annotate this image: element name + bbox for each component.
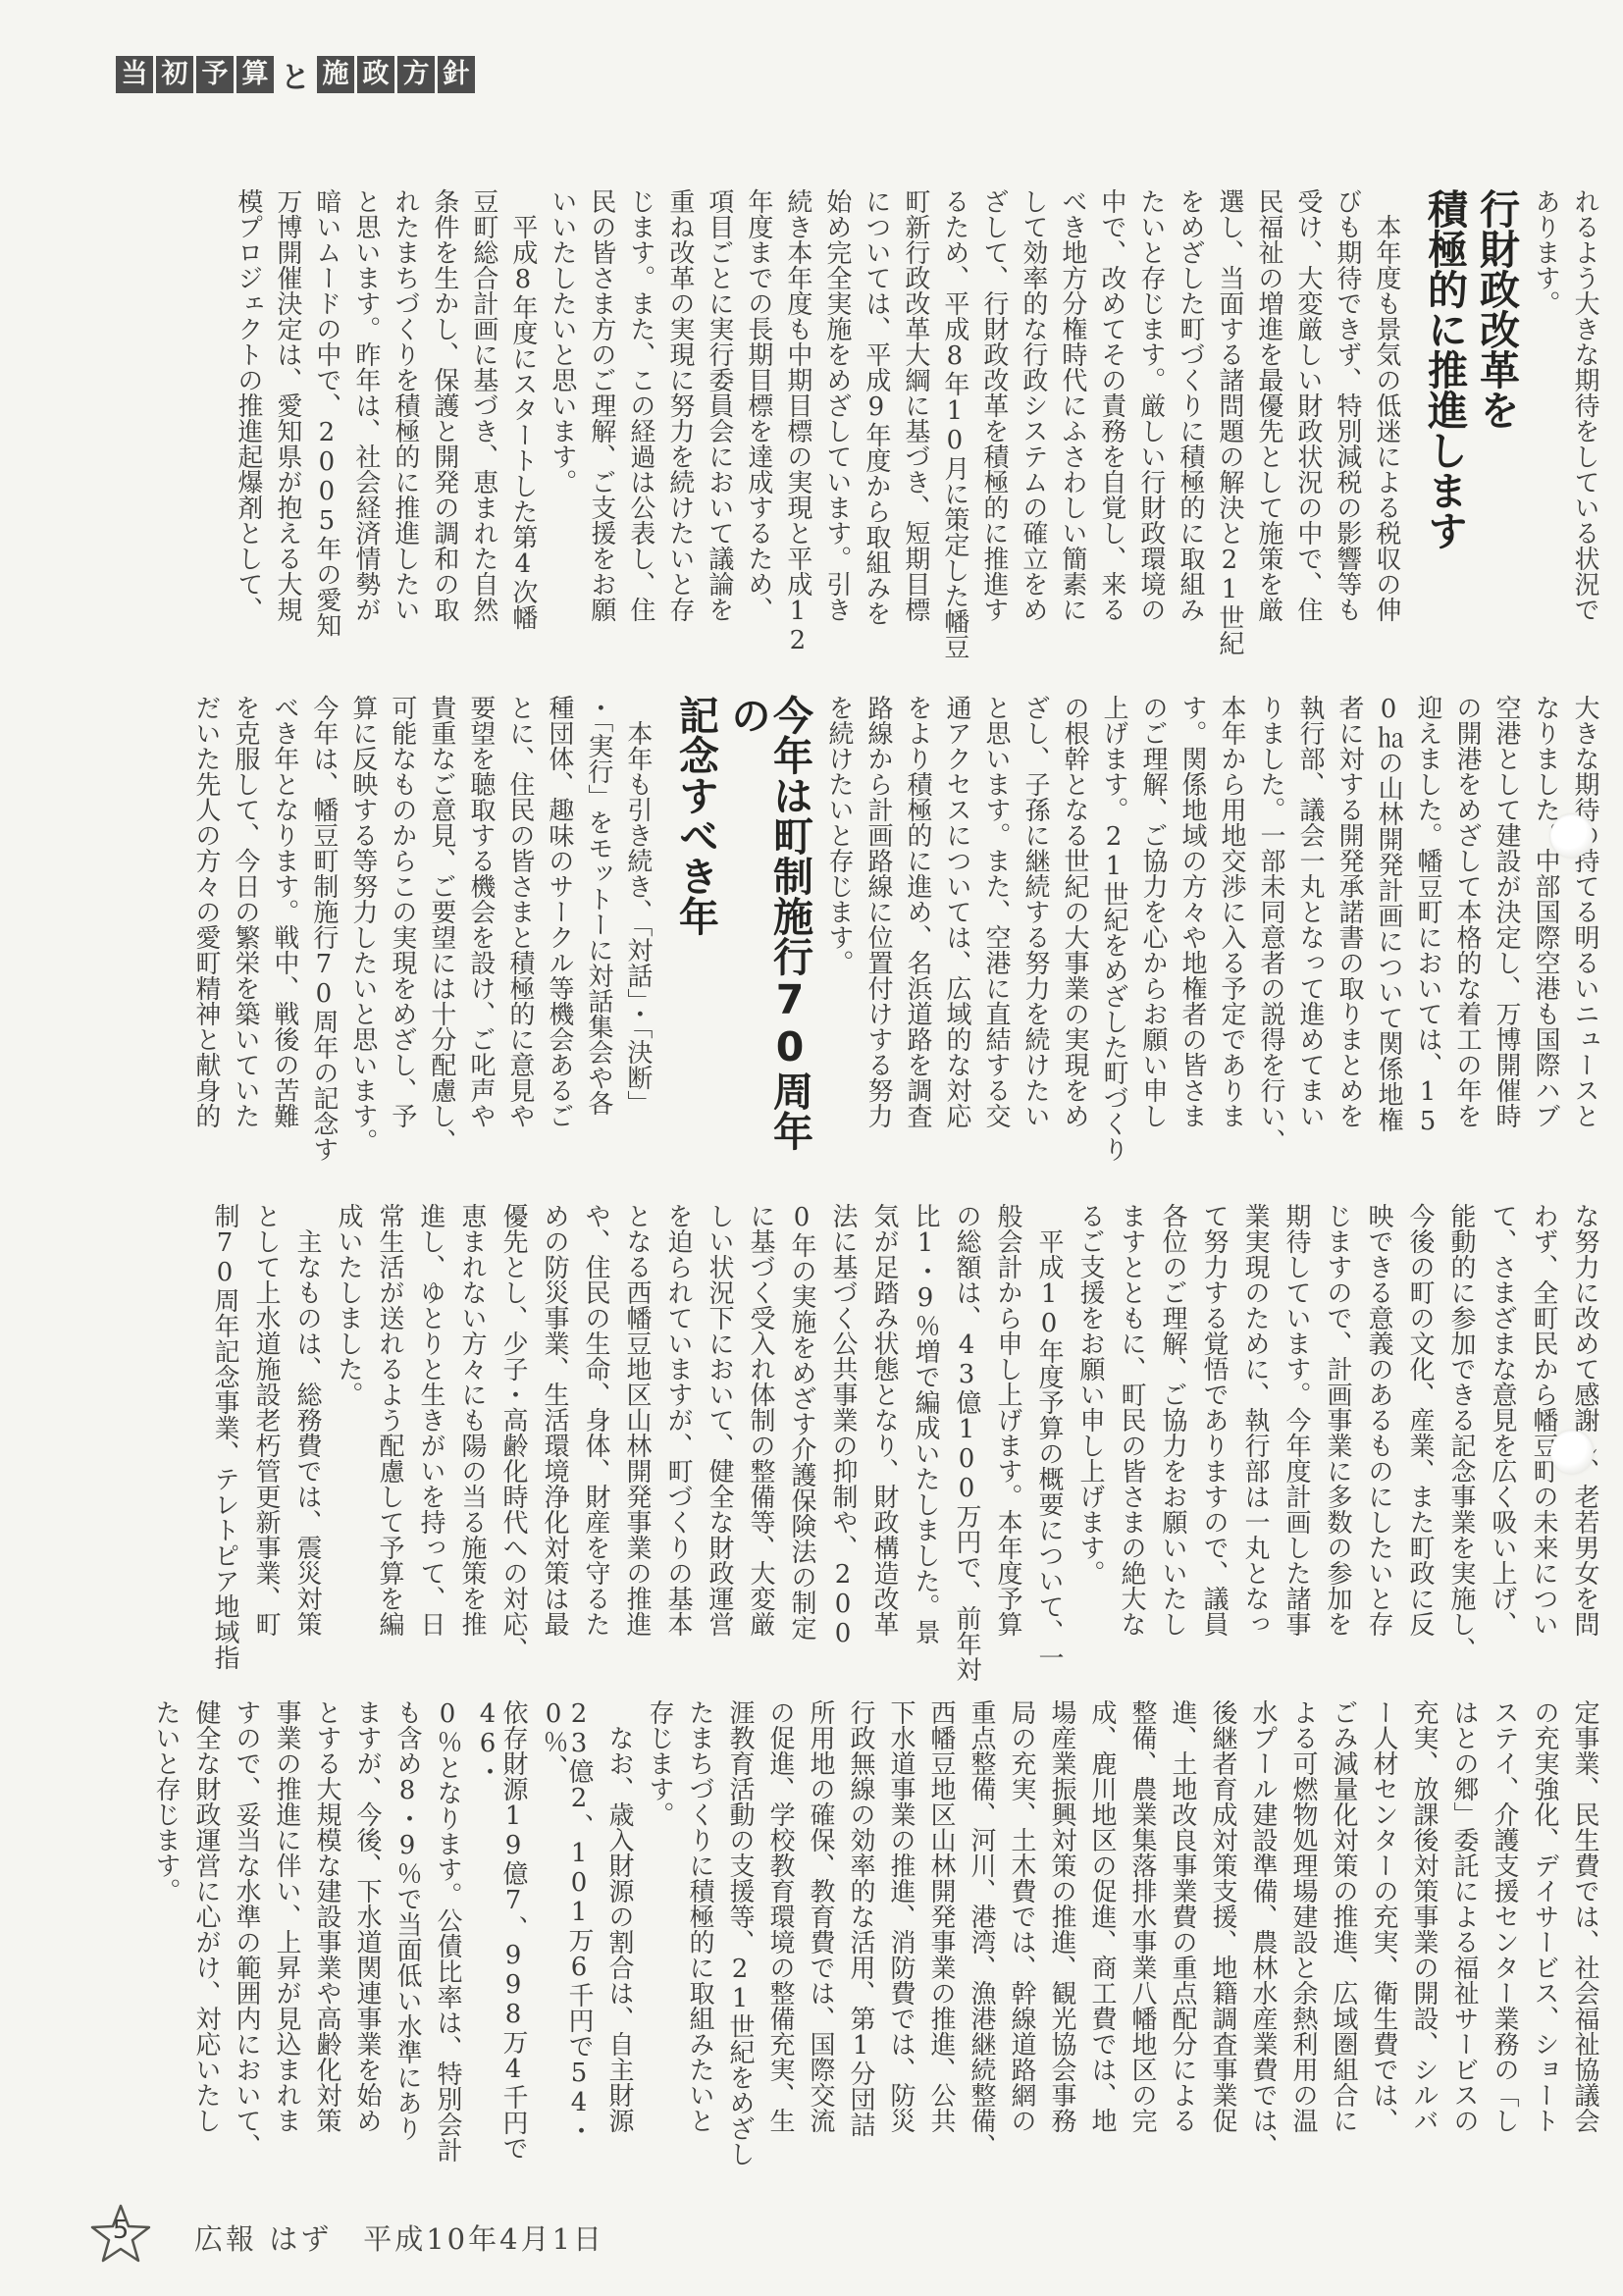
text-column: の開港をめざして本格的な着工の年を — [1454, 695, 1480, 1181]
text-column: 所用地の確保、教育費では、国際交流 — [808, 1699, 833, 2195]
header-box-char: 当 — [116, 56, 153, 93]
text-column: ますが、今後、下水道関連事業を始め — [354, 1699, 380, 2195]
text-column: て努力する覚悟でありますので、議員 — [1201, 1203, 1227, 1694]
text-column: 進、土地改良事業費の重点配分による — [1170, 1699, 1195, 2195]
issue-title-date: 広報 はず 平成10年4月1日 — [194, 2218, 604, 2258]
text-column: 年度までの長期目標を達成するため、 — [746, 188, 771, 675]
text-column: 民福祉の増進を最優先として施策を厳 — [1256, 188, 1282, 675]
text-column: ステイ、介護支援センター業務の「し — [1492, 1699, 1517, 2195]
text-column: 能動的に参加できる記念事業を実施し、 — [1448, 1203, 1474, 1694]
text-column: 西幡豆地区山林開発事業の推進、公共 — [928, 1699, 954, 2195]
text-column: 映できる意義のあるものにしたいと存 — [1366, 1203, 1391, 1694]
text-column: 局の充実、土木費では、幹線道路網の — [1009, 1699, 1034, 2195]
text-column: 比1・9％増で編成いたしました。景 — [913, 1203, 938, 1694]
headline-line: 積極的に推進します — [1423, 188, 1465, 675]
text-column: るため、平成8年10月に策定した幡豆 — [942, 188, 968, 675]
text-column: 要望を聴取する機会を設け、ご叱声や — [468, 695, 494, 1181]
article-band-1: れるよう大きな期待をしている状況であります。 行財政改革を 積極的に推進します … — [141, 188, 1597, 675]
text-column: 主なものは、総務費では、震災対策 — [294, 1203, 320, 1694]
text-column: 後継者育成対策支援、地籍調査事業促 — [1210, 1699, 1235, 2195]
text-column: の充実強化、デイサービス、ショート — [1532, 1699, 1557, 2195]
text-column: 気が足踏み状態となり、財政構造改革 — [871, 1203, 897, 1694]
text-column: あります。 — [1533, 188, 1558, 675]
text-column: 0％となります。公債比率は、特別会計 — [435, 1699, 460, 2195]
text-column: を続けたいと存じます。 — [826, 695, 852, 1181]
text-column: 重点整備、河川、港湾、漁港継続整備、 — [969, 1699, 994, 2195]
text-column: 制70周年記念事業、テレトピア地域指 — [212, 1203, 237, 1694]
text-column: ・「実行」をモットーに対話集会や各 — [586, 695, 611, 1181]
text-column: なお、歳入財源の割合は、自主財源 — [606, 1699, 632, 2195]
article-band-3: な努力に改めて感謝し、老若男女を問わず、全町民から幡豆町の未来について、さまざま… — [141, 1203, 1597, 1694]
text-column: 上げます。21世紀をめざした町づくり — [1101, 695, 1126, 1181]
text-column: 条件を生かし、保護と開発の調和の取 — [432, 188, 457, 675]
text-column: 恵まれない方々にも陽の当る施策を推 — [459, 1203, 485, 1694]
text-column: 行政無線の効率的な活用、第1分団詰 — [848, 1699, 873, 2195]
text-column: 本年度も景気の低迷による税収の伸 — [1374, 188, 1399, 675]
text-column: ごみ減量化対策の推進、広域圏組合に — [1331, 1699, 1356, 2195]
text-column: や、住民の生命、身体、財産を守るた — [583, 1203, 608, 1694]
scanned-newsletter-page: 当初予算 と 施政方針 れるよう大きな期待をしている状況であります。 行財政改革… — [0, 0, 1623, 2296]
header-connector: と — [277, 53, 314, 96]
text-column: 法に基づく公共事業の抑制や、200 — [830, 1203, 856, 1694]
text-column: 重ね改革の実現に努力を続けたいと存 — [667, 188, 693, 675]
text-column: 万博開催決定は、愛知県が抱える大規 — [275, 188, 300, 675]
header-box-char: 初 — [156, 56, 193, 93]
text-column: の根幹となる世紀の大事業の実現をめ — [1062, 695, 1087, 1181]
text-column: 依存財源19億7、998万4千円で46・ — [475, 1699, 526, 2195]
text-column: 路線から計画路線に位置付けする努力 — [865, 695, 891, 1181]
text-column: 始め完全実施をめざしています。引き — [824, 188, 850, 675]
text-column: として上水道施設老朽管更新事業、町 — [253, 1203, 279, 1694]
text-column: のご理解、ご協力を心からお願い申し — [1140, 695, 1166, 1181]
text-column: 優先とし、少子・高齢化時代への対応、 — [500, 1203, 526, 1694]
text-column: るご支援をお願い申し上げます。 — [1077, 1203, 1103, 1694]
text-column: ざして、行財政改革を積極的に推進す — [981, 188, 1007, 675]
text-column: 選し、当面する諸問題の解決と21世紀 — [1217, 188, 1242, 675]
scan-edge-shadow — [0, 0, 33, 2296]
page-number: 5 — [90, 2216, 151, 2245]
text-column: 中で、改めてその責務を自覚し、来る — [1099, 188, 1125, 675]
article-band-2: 大きな期待の持てる明るいニュースとなりました。中部国際空港も国際ハブ空港として建… — [141, 695, 1597, 1181]
text-column: だいた先人の方々の愛町精神と献身的 — [193, 695, 219, 1181]
text-column: と思います。昨年は、社会経済情勢が — [353, 188, 379, 675]
text-column: も含め8・9％で当面低い水準にあり — [394, 1699, 420, 2195]
text-column: とする大規模な建設事業や高齢化対策 — [314, 1699, 340, 2195]
text-column: 水プール建設準備、農林水産業費では、 — [1250, 1699, 1276, 2195]
text-column: よる可燃物処理場建設と余熱利用の温 — [1290, 1699, 1316, 2195]
header-box-char: 施 — [317, 56, 354, 93]
text-column: びも期待できず、特別減税の影響等も — [1335, 188, 1360, 675]
text-column: 民の皆さま方のご理解、ご支援をお願 — [589, 188, 614, 675]
text-column: 常生活が送れるよう配慮して予算を編 — [377, 1203, 402, 1694]
text-column: 執行部、議会一丸となって進めてまい — [1297, 695, 1323, 1181]
text-column: はとの郷」委託による福祉サービスの — [1451, 1699, 1477, 2195]
headline-70th-anniversary: 今年は町制施行70周年の 記念すべき年 — [674, 695, 811, 1181]
text-column: の総額は、43億100万円で、前年対 — [954, 1203, 979, 1694]
text-column: す。関係地域の方々や地権者の皆さま — [1179, 695, 1205, 1181]
text-column: をより積極的に進め、名浜道路を調査 — [905, 695, 930, 1181]
text-column: 大きな期待の持てる明るいニュースと — [1572, 695, 1597, 1181]
text-column: 0年の実施をめざす介護保険法の制定 — [789, 1203, 814, 1694]
text-column: に基づく受入れ体制の整備等、大変厳 — [748, 1203, 773, 1694]
text-column: すので、妥当な水準の範囲内において、 — [234, 1699, 259, 2195]
section-header: 当初予算 と 施政方針 — [116, 53, 475, 96]
text-column: と思います。また、空港に直結する交 — [983, 695, 1009, 1181]
text-column: しい状況下において、健全な財政運営 — [707, 1203, 732, 1694]
text-column: 場産業振興対策の推進、観光協会事務 — [1049, 1699, 1074, 2195]
headline-line: 行財政改革を — [1475, 188, 1517, 675]
punch-hole — [1550, 1431, 1594, 1474]
text-column: 健全な財政運営に心がけ、対応いたし — [193, 1699, 219, 2195]
text-column: 整備、農業集落排水事業八幡地区の完 — [1129, 1699, 1155, 2195]
text-column: については、平成9年度から取組みを — [864, 188, 889, 675]
text-column: れたまちづくりを積極的に推進したい — [393, 188, 418, 675]
text-column: 種団体、趣味のサークル等機会あるご — [547, 695, 572, 1181]
text-column: 町新行政改革大綱に基づき、短期目標 — [903, 188, 928, 675]
header-box-char: 方 — [397, 56, 435, 93]
text-column: たいと存じます。 — [153, 1699, 179, 2195]
text-column: 模プロジェクトの推進起爆剤として、 — [236, 188, 261, 675]
text-column: 可能なものからこの実現をめざし、予 — [390, 695, 415, 1181]
text-column: 者に対する開発承諾書の取りまとめを — [1336, 695, 1362, 1181]
header-box-char: 予 — [196, 56, 234, 93]
text-column: 項目ごとに実行委員会において議論を — [707, 188, 732, 675]
text-column: 今年は、幡豆町制施行70周年の記念す — [311, 695, 337, 1181]
headline-fiscal-reform: 行財政改革を 積極的に推進します — [1423, 188, 1517, 675]
text-column: りました。一部未同意者の説得を行い、 — [1258, 695, 1283, 1181]
text-column: 空港として建設が決定し、万博開催時 — [1493, 695, 1519, 1181]
punch-hole — [1550, 814, 1594, 858]
text-column: 本年も引き続き、「対話」・「決断」 — [625, 695, 651, 1181]
text-column: して効率的な行政システムの確立をめ — [1021, 188, 1046, 675]
text-column: 受け、大変厳しい財政状況の中で、住 — [1295, 188, 1321, 675]
article-band-4: 定事業、民生費では、社会福祉協議会の充実強化、デイサービス、ショートステイ、介護… — [141, 1699, 1597, 2195]
headline-line: 記念すべき年 — [674, 695, 716, 1181]
text-column: 事業の推進に伴い、上昇が見込まれま — [274, 1699, 299, 2195]
text-column: 進し、ゆとりと生きがいを持って、日 — [418, 1203, 444, 1694]
text-column: 充実、放課後対策事業の開設、シルバ — [1411, 1699, 1437, 2195]
text-column: 豆町総合計画に基づき、恵まれた自然 — [471, 188, 497, 675]
text-column: 平成8年度にスタートした第4次幡 — [510, 188, 536, 675]
text-column: 迎えました。幡豆町においては、15 — [1415, 695, 1440, 1181]
text-column: とに、住民の皆さまと積極的に意見や — [507, 695, 533, 1181]
text-column: べき地方分権時代にふさわしい簡素に — [1060, 188, 1085, 675]
text-column: 算に反映する等努力したいと思います。 — [350, 695, 376, 1181]
text-column: をめざした町づくりに積極的に取組み — [1178, 188, 1203, 675]
text-column: 成いたしました。 — [336, 1203, 361, 1694]
text-column: 暗いムードの中で、2005年の愛知 — [314, 188, 340, 675]
text-column: 業実現のために、執行部は一丸となっ — [1242, 1203, 1268, 1694]
text-column: 今後の町の文化、産業、また町政に反 — [1407, 1203, 1433, 1694]
text-column: めの防災事業、生活環境浄化対策は最 — [542, 1203, 567, 1694]
text-column: 平成10年度予算の概要について、一 — [1036, 1203, 1062, 1694]
text-column: れるよう大きな期待をしている状況で — [1572, 188, 1597, 675]
text-column: を迫られていますが、町づくりの基本 — [665, 1203, 691, 1694]
page-footer: 5 広報 はず 平成10年4月1日 — [90, 2202, 604, 2272]
text-column: ざし、子孫に継続する努力を続けたい — [1022, 695, 1048, 1181]
text-column: 23億2、101万6千円で54・0％、 — [541, 1699, 592, 2195]
text-column: 続き本年度も中期目標の実現と平成12 — [785, 188, 811, 675]
text-column: 存じます。 — [647, 1699, 672, 2195]
page-number-star: 5 — [90, 2202, 151, 2272]
text-column: 期待しています。今年度計画した諸事 — [1283, 1203, 1309, 1694]
text-column: て、さまざまな意見を広く吸い上げ、 — [1490, 1203, 1515, 1694]
header-boxed-group-1: 当初予算 — [116, 56, 274, 93]
text-column: ー人材センターの充実、衛生費では、 — [1371, 1699, 1396, 2195]
text-column: じますので、計画事業に多数の参加を — [1325, 1203, 1350, 1694]
text-column: を克服して、今日の繁栄を築いていた — [233, 695, 258, 1181]
header-box-char: 針 — [438, 56, 475, 93]
text-column: いいたしたいと思います。 — [550, 188, 575, 675]
text-column: じます。また、この経過は公表し、住 — [628, 188, 654, 675]
text-column: べき年となります。戦中、戦後の苦難 — [272, 695, 297, 1181]
text-column: 各位のご理解、ご協力をお願いいたし — [1160, 1203, 1185, 1694]
text-column: なりました。中部国際空港も国際ハブ — [1533, 695, 1558, 1181]
text-column: 下水道事業の推進、消防費では、防災 — [888, 1699, 914, 2195]
text-column: たまちづくりに積極的に取組みたいと — [687, 1699, 712, 2195]
text-column: 成、鹿川地区の促進、商工費では、地 — [1089, 1699, 1115, 2195]
text-column: 涯教育活動の支援等、21世紀をめざし — [727, 1699, 753, 2195]
header-boxed-group-2: 施政方針 — [317, 56, 475, 93]
text-column: となる西幡豆地区山林開発事業の推進 — [624, 1203, 650, 1694]
header-box-char: 政 — [357, 56, 394, 93]
header-box-char: 算 — [236, 56, 274, 93]
text-column: 本年から用地交渉に入る予定でありま — [1219, 695, 1244, 1181]
text-column: たいと存じます。厳しい行財政環境の — [1138, 188, 1164, 675]
text-column: ますとともに、町民の皆さまの絶大な — [1119, 1203, 1144, 1694]
headline-line: 今年は町制施行70周年の — [726, 695, 811, 1181]
text-column: 定事業、民生費では、社会福祉協議会 — [1572, 1699, 1597, 2195]
text-column: の促進、学校教育環境の整備充実、生 — [767, 1699, 793, 2195]
text-column: 貴重なご意見、ご要望には十分配慮し、 — [429, 695, 454, 1181]
text-column: 般会計から申し上げます。本年度予算 — [995, 1203, 1021, 1694]
text-column: 通アクセスについては、広域的な対応 — [944, 695, 969, 1181]
text-column: 0㏊の山林開発計画について関係地権 — [1376, 695, 1401, 1181]
